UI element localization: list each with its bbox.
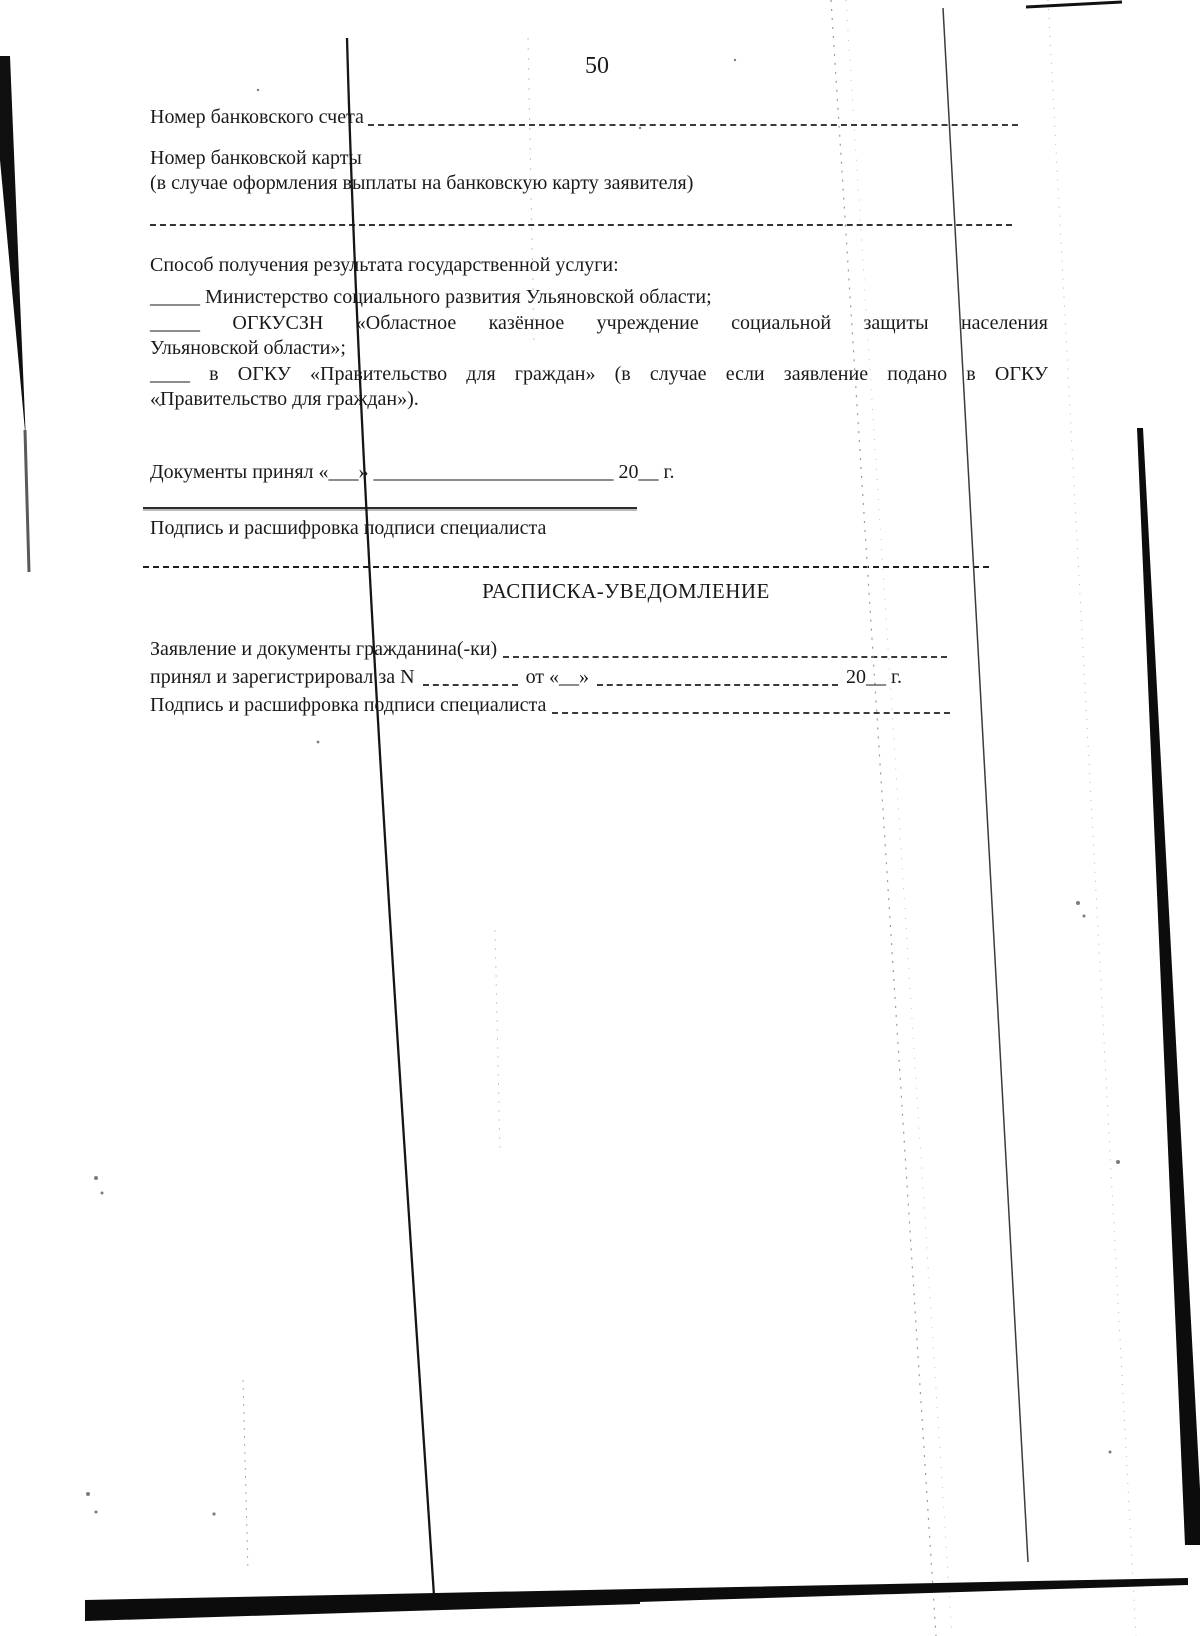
delivery-options: _____ Министерство социального развития …	[150, 285, 1048, 413]
right-fold-line	[943, 8, 1028, 1562]
receipt-signature-row: Подпись и расшифровка подписи специалист…	[150, 692, 950, 718]
receipt-registration-row: принял и зарегистрировал за N от «__» 20…	[150, 664, 910, 690]
bottom-black-bar	[85, 1578, 1188, 1620]
delivery-method-heading: Способ получения результата государствен…	[150, 252, 1048, 278]
bank-card-label: Номер банковской карты	[150, 146, 1048, 171]
registration-date-blank-line	[597, 682, 838, 686]
fold-streak-6	[495, 930, 500, 1150]
receipt-claimant-row: Заявление и документы гражданина(-ки)	[150, 636, 947, 662]
scan-artifacts	[0, 0, 1200, 1636]
left-edge-shadow-tail	[25, 430, 29, 572]
receipt-title: РАСПИСКА-УВЕДОМЛЕНИЕ	[150, 578, 1102, 604]
bank-card-blank-line	[150, 224, 1012, 226]
specialist-signature-blank-line	[143, 507, 637, 509]
receipt-registered-label: принял и зарегистрировал за N	[150, 664, 415, 690]
bank-card-block: Номер банковской карты (в случае оформле…	[150, 146, 1048, 196]
document-page: 50 Номер банковского счета Номер банковс…	[0, 0, 1200, 1636]
delivery-option-ogku-continued: «Правительство для граждан»).	[150, 387, 1048, 413]
receipt-signature-blank-line	[552, 710, 950, 714]
receipt-date-from-label: от «__»	[526, 664, 589, 690]
fold-streak-1	[831, 0, 936, 1636]
bank-account-blank-line	[368, 122, 1018, 126]
documents-accepted-line: Документы принял «___» _________________…	[150, 459, 1048, 485]
top-right-corner-line	[1026, 2, 1122, 7]
receipt-signature-label: Подпись и расшифровка подписи специалист…	[150, 692, 546, 718]
right-edge-black-band	[1137, 428, 1200, 1545]
delivery-option-ogku: ____ в ОГКУ «Правительство для граждан» …	[150, 362, 1048, 388]
bank-card-note: (в случае оформления выплаты на банковск…	[150, 171, 1048, 196]
claimant-name-blank-line	[503, 654, 947, 658]
page-number: 50	[150, 53, 1044, 79]
receipt-claimant-label: Заявление и документы гражданина(-ки)	[150, 636, 497, 662]
bottom-black-bar-body	[85, 1592, 640, 1621]
fold-streak-5	[243, 1380, 248, 1572]
registration-number-blank-line	[423, 682, 518, 686]
fold-streak-3	[1048, 0, 1136, 1636]
delivery-option-ogkuszn: _____ ОГКУСЗН «Областное казённое учрежд…	[150, 311, 1048, 337]
tear-off-separator-line	[143, 566, 989, 568]
fold-streak-2	[846, 0, 952, 1636]
bank-account-label: Номер банковского счета	[150, 104, 364, 130]
delivery-option-ministry: _____ Министерство социального развития …	[150, 285, 1048, 311]
delivery-option-ogkuszn-continued: Ульяновской области»;	[150, 336, 1048, 362]
receipt-year-label: 20__ г.	[846, 664, 902, 690]
specialist-signature-caption: Подпись и расшифровка подписи специалист…	[150, 515, 1048, 541]
bank-account-row: Номер банковского счета	[150, 104, 1018, 130]
left-edge-shadow	[0, 56, 26, 442]
